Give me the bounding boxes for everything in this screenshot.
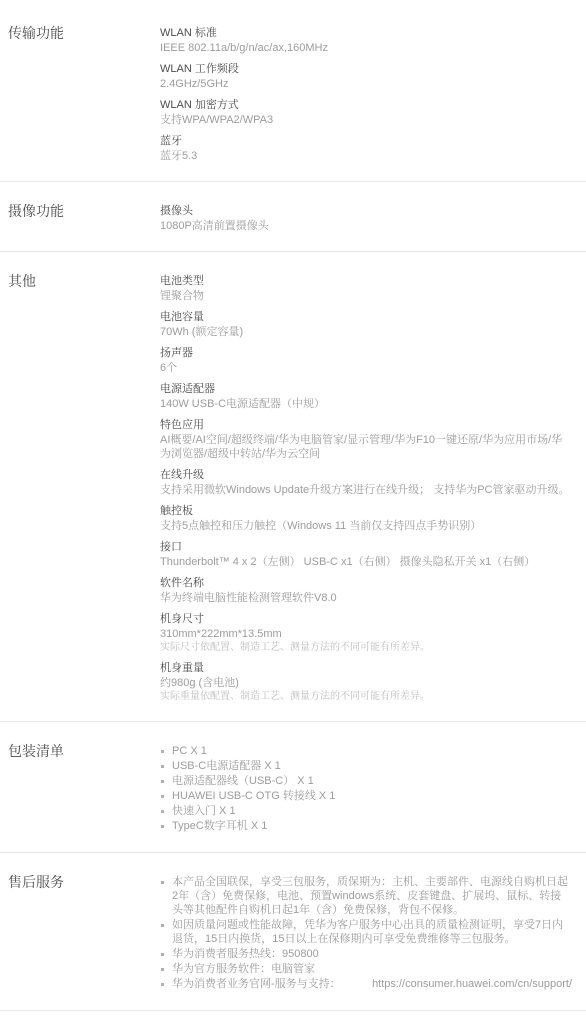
section-title-transmission: 传输功能 [8,24,160,42]
section-title-package: 包装清单 [8,742,160,760]
list-item-text: 华为消费者业务官网-服务与支持： [172,977,368,991]
section-title-camera: 摄像功能 [8,202,160,220]
spec-label: 摄像头 [160,204,572,218]
spec-item: WLAN 加密方式支持WPA/WPA2/WPA3 [160,98,572,127]
spec-item: 软件名称华为终端电脑性能检测管理软件V8.0 [160,576,572,605]
spec-label: WLAN 工作频段 [160,62,572,76]
spec-label: 电池类型 [160,274,572,288]
spec-item: 电池容量70Wh (额定容量) [160,310,572,339]
spec-label: 电池容量 [160,310,572,324]
spec-value: 2.4GHz/5GHz [160,77,572,91]
section-content-transmission: WLAN 标准IEEE 802.11a/b/g/n/ac/ax,160MHzWL… [160,24,572,163]
spec-note: 实际尺寸依配置、制造工艺、测量方法的不同可能有所差异。 [160,641,572,654]
spec-label: WLAN 标准 [160,26,572,40]
bullet-icon [161,765,164,768]
list-item: 如因质量问题或性能故障，凭华为客户服务中心出具的质量检测证明，享受7日内退货，1… [160,918,572,946]
section-content-other: 电池类型锂聚合物电池容量70Wh (额定容量)扬声器6个电源适配器140W US… [160,272,572,703]
spec-label: 电源适配器 [160,382,572,396]
list-item: 华为消费者业务官网-服务与支持：https://consumer.huawei.… [160,977,572,991]
list-item: 本产品全国联保，享受三包服务，质保期为：主机、主要部件、电源线自购机日起2年（含… [160,875,572,917]
spec-value: 蓝牙5.3 [160,149,572,163]
section-content-camera: 摄像头1080P高清前置摄像头 [160,202,572,233]
section-content-package: PC X 1USB-C电源适配器 X 1电源适配器线（USB-C） X 1HUA… [160,742,572,834]
list-item-text: 华为官方服务软件：电脑管家 [172,962,572,976]
list-item-text: 本产品全国联保，享受三包服务，质保期为：主机、主要部件、电源线自购机日起2年（含… [172,875,572,917]
spec-value: 锂聚合物 [160,289,572,303]
section-title-other: 其他 [8,272,160,290]
spec-note: 实际重量依配置、制造工艺、测量方法的不同可能有所差异。 [160,690,572,703]
spec-label: 机身尺寸 [160,612,572,626]
section-camera: 摄像功能摄像头1080P高清前置摄像头 [0,182,586,252]
spec-item: 特色应用AI概要/AI空间/超级终端/华为电脑管家/显示管理/华为F10一键还原… [160,418,572,461]
spec-value: 70Wh (额定容量) [160,325,572,339]
list-item: 华为官方服务软件：电脑管家 [160,962,572,976]
spec-label: 特色应用 [160,418,572,432]
spec-label: 扬声器 [160,346,572,360]
bullet-icon [161,780,164,783]
list-item: 电源适配器线（USB-C） X 1 [160,774,572,788]
list-item: PC X 1 [160,744,572,758]
spec-item: WLAN 标准IEEE 802.11a/b/g/n/ac/ax,160MHz [160,26,572,55]
list-item-text: TypeC数字耳机 X 1 [172,819,572,833]
list-item: USB-C电源适配器 X 1 [160,759,572,773]
spec-item: 触控板支持5点触控和压力触控（Windows 11 当前仅支持四点手势识别） [160,504,572,533]
aftersales-list: 本产品全国联保，享受三包服务，质保期为：主机、主要部件、电源线自购机日起2年（含… [160,875,572,991]
list-item: HUAWEI USB-C OTG 转接线 X 1 [160,789,572,803]
spec-item: 摄像头1080P高清前置摄像头 [160,204,572,233]
spec-item: 电池类型锂聚合物 [160,274,572,303]
bullet-icon [161,825,164,828]
package-list: PC X 1USB-C电源适配器 X 1电源适配器线（USB-C） X 1HUA… [160,744,572,833]
spec-label: 在线升级 [160,468,572,482]
list-item: TypeC数字耳机 X 1 [160,819,572,833]
spec-label: 软件名称 [160,576,572,590]
spec-label: 机身重量 [160,661,572,675]
spec-value: AI概要/AI空间/超级终端/华为电脑管家/显示管理/华为F10一键还原/华为应… [160,433,572,461]
bullet-icon [161,795,164,798]
spec-value: IEEE 802.11a/b/g/n/ac/ax,160MHz [160,41,572,55]
bullet-icon [161,924,164,927]
bullet-icon [161,750,164,753]
spec-item: 机身尺寸310mm*222mm*13.5mm实际尺寸依配置、制造工艺、测量方法的… [160,612,572,654]
spec-label: 触控板 [160,504,572,518]
spec-value: 支持5点触控和压力触控（Windows 11 当前仅支持四点手势识别） [160,519,572,533]
list-item: 华为消费者服务热线：950800 [160,947,572,961]
list-item-text: 电源适配器线（USB-C） X 1 [172,774,572,788]
spec-label: 接口 [160,540,572,554]
section-content-aftersales: 本产品全国联保，享受三包服务，质保期为：主机、主要部件、电源线自购机日起2年（含… [160,873,572,992]
bullet-icon [161,983,164,986]
spec-item: 接口Thunderbolt™ 4 x 2（左侧） USB-C x1（右侧） 摄像… [160,540,572,569]
spec-item: 蓝牙蓝牙5.3 [160,134,572,163]
bullet-icon [161,881,164,884]
list-item-text: 如因质量问题或性能故障，凭华为客户服务中心出具的质量检测证明，享受7日内退货，1… [172,918,572,946]
spec-value: 140W USB-C电源适配器（中规） [160,397,572,411]
product-spec-page: 传输功能WLAN 标准IEEE 802.11a/b/g/n/ac/ax,160M… [0,0,586,1021]
section-package: 包装清单PC X 1USB-C电源适配器 X 1电源适配器线（USB-C） X … [0,722,586,853]
spec-value: 310mm*222mm*13.5mm [160,627,572,641]
spec-label: WLAN 加密方式 [160,98,572,112]
list-item-text: USB-C电源适配器 X 1 [172,759,572,773]
bullet-icon [161,953,164,956]
section-title-aftersales: 售后服务 [8,873,160,891]
spec-value: 华为终端电脑性能检测管理软件V8.0 [160,591,572,605]
list-item-text: PC X 1 [172,744,572,758]
list-item-text: 快速入门 X 1 [172,804,572,818]
spec-label: 蓝牙 [160,134,572,148]
spec-value: Thunderbolt™ 4 x 2（左侧） USB-C x1（右侧） 摄像头隐… [160,555,572,569]
spec-value: 6个 [160,361,572,375]
support-link[interactable]: https://consumer.huawei.com/cn/support/ [372,977,572,991]
spec-value: 支持WPA/WPA2/WPA3 [160,113,572,127]
spec-value: 1080P高清前置摄像头 [160,219,572,233]
spec-item: 电源适配器140W USB-C电源适配器（中规） [160,382,572,411]
section-aftersales: 售后服务本产品全国联保，享受三包服务，质保期为：主机、主要部件、电源线自购机日起… [0,853,586,1011]
spec-item: WLAN 工作频段2.4GHz/5GHz [160,62,572,91]
spec-value: 约980g (含电池) [160,676,572,690]
spec-value: 支持采用微软Windows Update升级方案进行在线升级； 支持华为PC管家… [160,483,572,497]
list-item-text: 华为消费者服务热线：950800 [172,947,572,961]
spec-item: 在线升级支持采用微软Windows Update升级方案进行在线升级； 支持华为… [160,468,572,497]
list-item-text: HUAWEI USB-C OTG 转接线 X 1 [172,789,572,803]
bullet-icon [161,968,164,971]
list-item: 快速入门 X 1 [160,804,572,818]
section-other: 其他电池类型锂聚合物电池容量70Wh (额定容量)扬声器6个电源适配器140W … [0,252,586,722]
section-transmission: 传输功能WLAN 标准IEEE 802.11a/b/g/n/ac/ax,160M… [0,4,586,182]
bullet-icon [161,810,164,813]
spec-item: 扬声器6个 [160,346,572,375]
spec-item: 机身重量约980g (含电池)实际重量依配置、制造工艺、测量方法的不同可能有所差… [160,661,572,703]
